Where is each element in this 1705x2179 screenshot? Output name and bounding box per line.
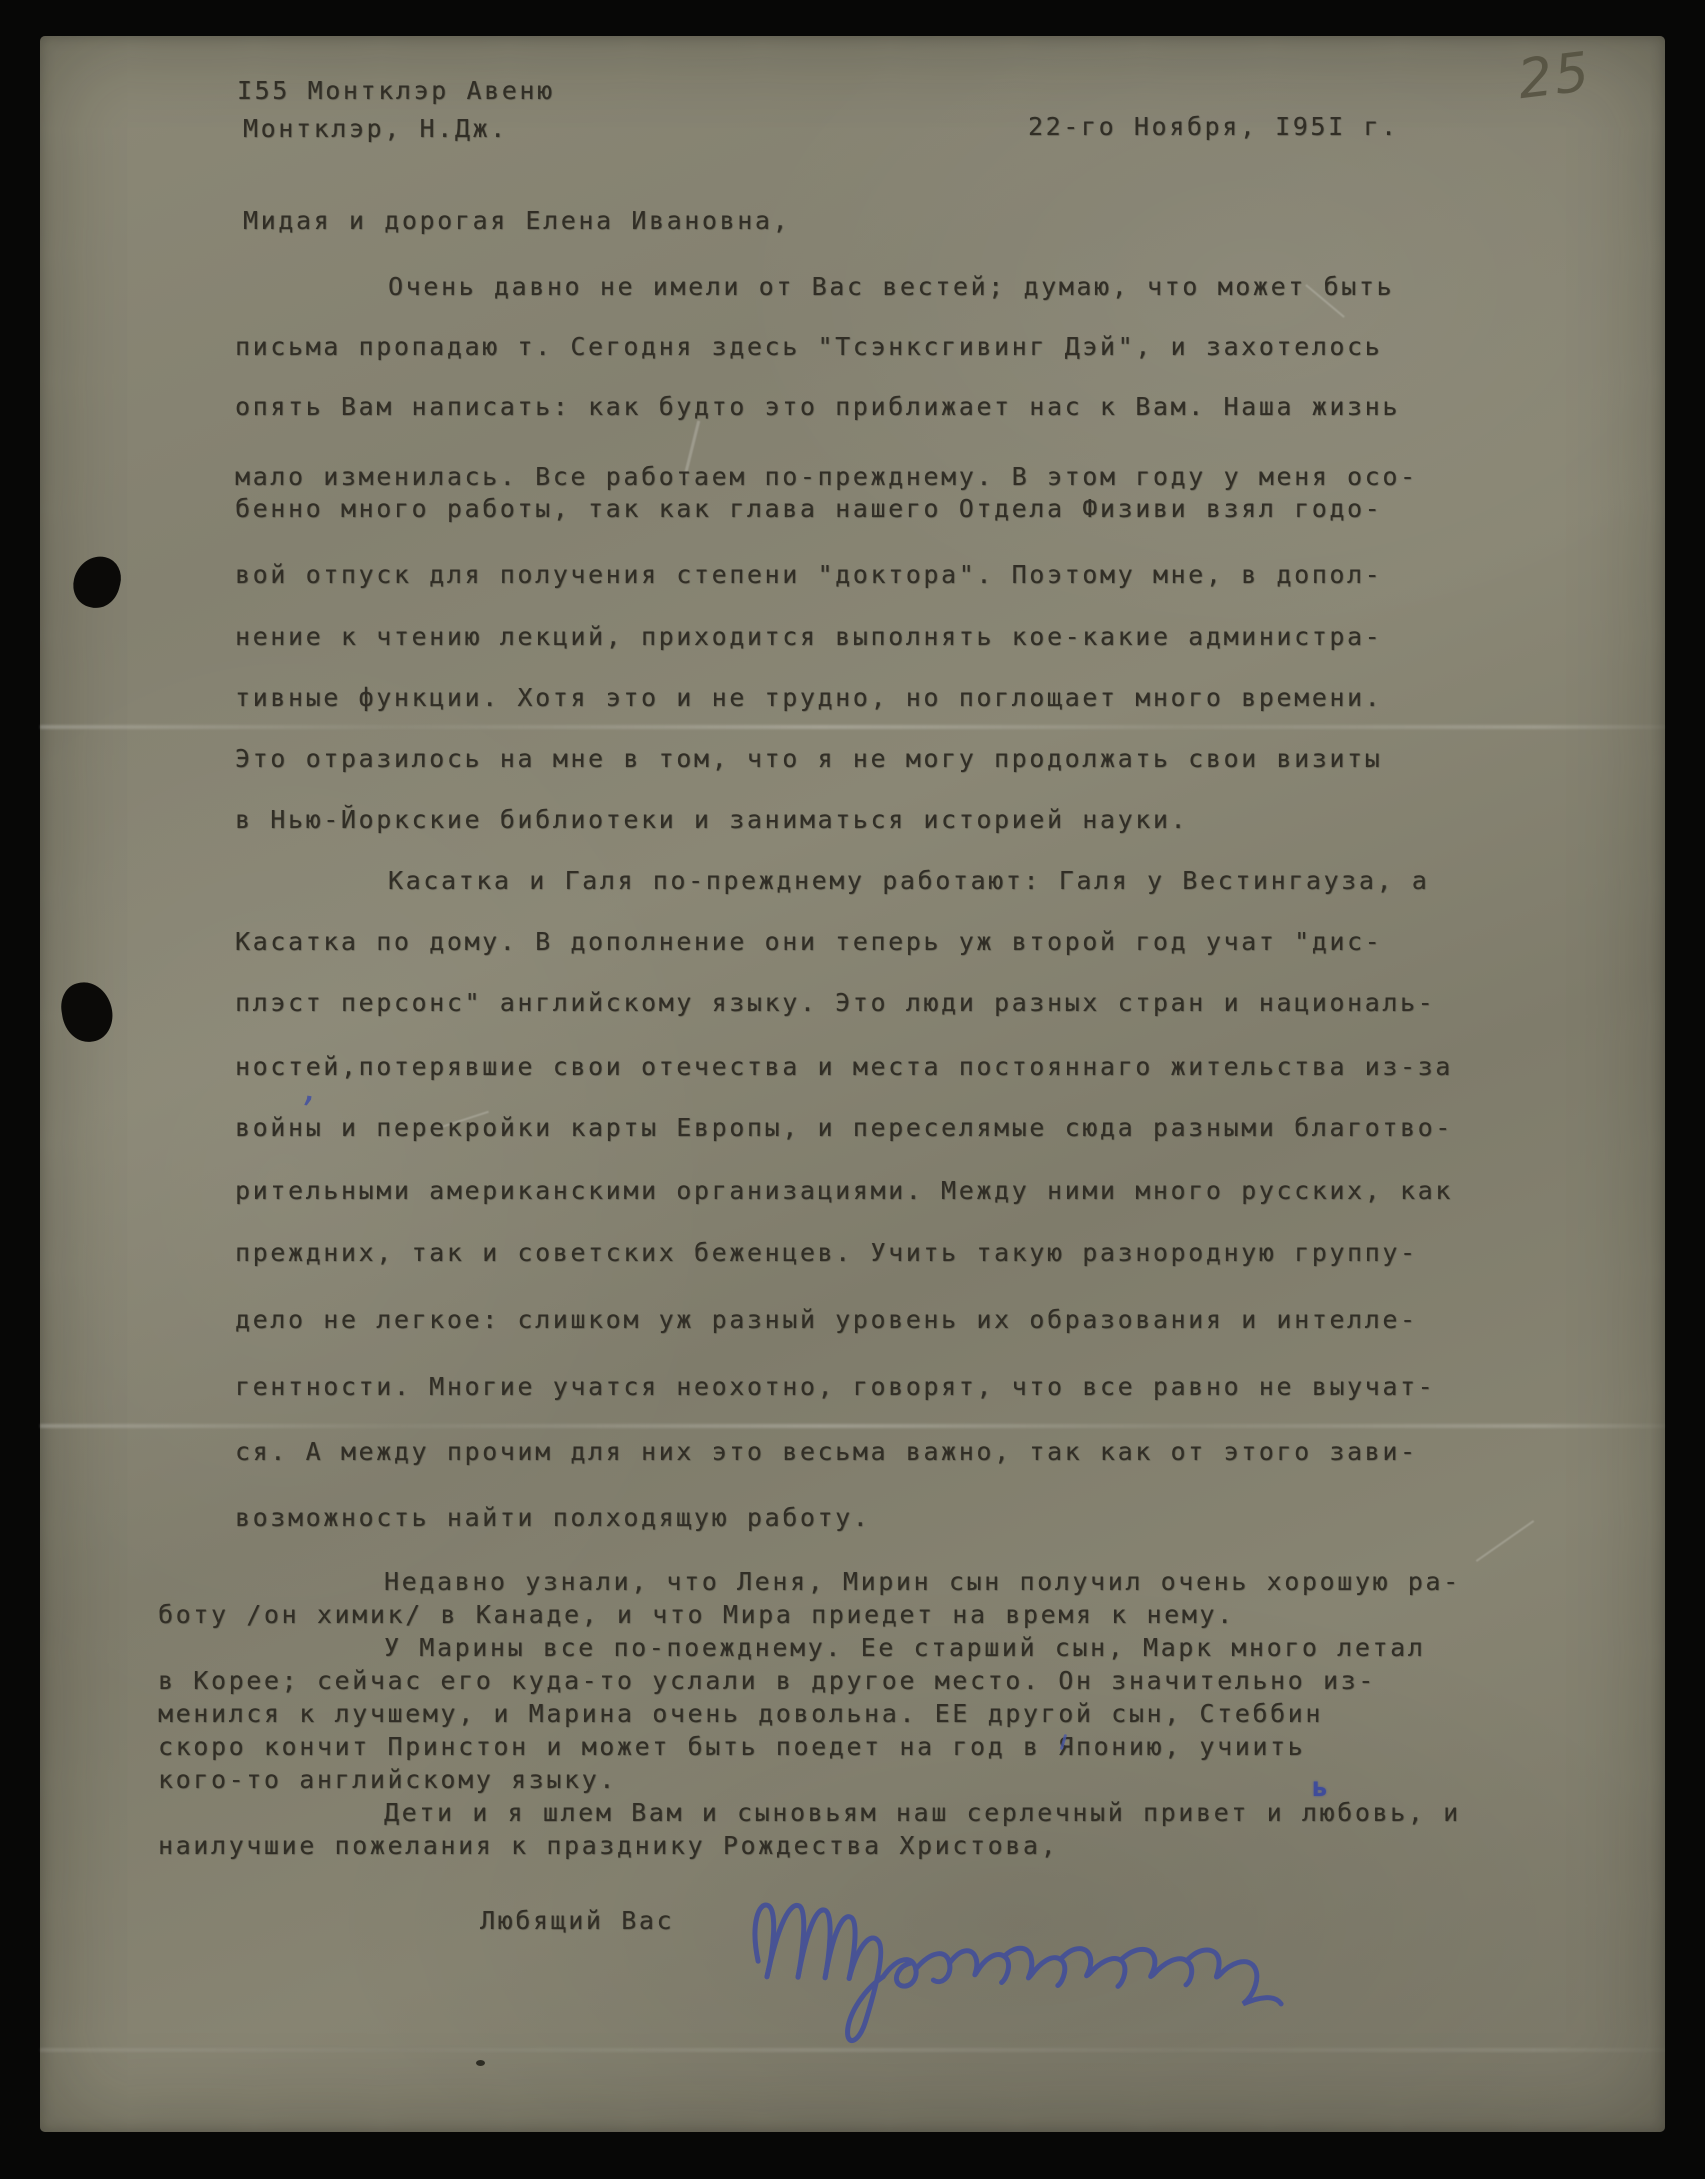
letter-line: гентности. Многие учатся неохотно, говор… bbox=[235, 1372, 1435, 1402]
letter-line: ностей,потерявшие свои отечества и места… bbox=[235, 1052, 1453, 1082]
letter-line: Касатка и Галя по-прежднему работают: Га… bbox=[388, 866, 1429, 896]
letter-line: в Корее; сейчас его куда-то услали в дру… bbox=[158, 1666, 1376, 1696]
letter-line: кого-то английскому языку. bbox=[158, 1765, 617, 1795]
letter-line: возможность найти полходящую работу. bbox=[235, 1503, 870, 1533]
letter-line: У Марины все по-поежднему. Ее старший сы… bbox=[384, 1633, 1425, 1663]
letter-line: скоро кончит Принстон и может быть поеде… bbox=[158, 1732, 1305, 1762]
blue-ink-soft-sign-correction: ь bbox=[1312, 1772, 1328, 1803]
letter-line: менился к лучшему, и Марина очень доволь… bbox=[158, 1699, 1323, 1729]
letter-line: Недавно узнали, что Леня, Мирин сын полу… bbox=[384, 1567, 1461, 1597]
letter-line: в Нью-Йоркские библиотеки и заниматься и… bbox=[235, 805, 1188, 835]
letter-line: Очень давно не имели от Вас вестей; дума… bbox=[388, 272, 1394, 302]
handwritten-signature bbox=[695, 1836, 1325, 2068]
letter-line: боту /он химик/ в Канаде, и что Мира при… bbox=[158, 1600, 1235, 1630]
letter-line: опять Вам написать: как будто это прибли… bbox=[235, 392, 1400, 422]
scanned-letter-page: I55 Монтклэр Авеню Монтклэр, Н.Дж. 22-го… bbox=[0, 0, 1705, 2179]
letter-line: ся. А между прочим для них это весьма ва… bbox=[235, 1437, 1418, 1467]
letter-line: дело не легкое: слишком уж разный уровен… bbox=[235, 1305, 1418, 1335]
letter-line: войны и перекройки карты Европы, и перес… bbox=[235, 1113, 1453, 1143]
letter-line: Касатка по дому. В дополнение они теперь… bbox=[235, 927, 1382, 957]
letter-line: нение к чтению лекций, приходится выполн… bbox=[235, 622, 1382, 652]
letter-body: Очень давно не имели от Вас вестей; дума… bbox=[0, 0, 1705, 2179]
letter-line: мало изменилась. Все работаем по-преждне… bbox=[235, 462, 1418, 492]
letter-line: плэст персонс" английскому языку. Это лю… bbox=[235, 988, 1435, 1018]
letter-line: бенно много работы, так как глава нашего… bbox=[235, 494, 1382, 524]
letter-line: преждних, так и советских беженцев. Учит… bbox=[235, 1238, 1418, 1268]
letter-line: Дети и я шлем Вам и сыновьям наш серлечн… bbox=[384, 1798, 1461, 1828]
letter-line: вой отпуск для получения степени "доктор… bbox=[235, 560, 1382, 590]
letter-content: I55 Монтклэр Авеню Монтклэр, Н.Дж. 22-го… bbox=[0, 0, 1705, 2179]
letter-line: Это отразилось на мне в том, что я не мо… bbox=[235, 744, 1382, 774]
letter-line: рительными американскими организациями. … bbox=[235, 1176, 1453, 1206]
letter-line: письма пропадаю т. Сегодня здесь "Тсэнкс… bbox=[235, 332, 1382, 362]
valediction: Любящий Вас bbox=[480, 1906, 674, 1935]
letter-line: тивные функции. Хотя это и не трудно, но… bbox=[235, 683, 1382, 713]
